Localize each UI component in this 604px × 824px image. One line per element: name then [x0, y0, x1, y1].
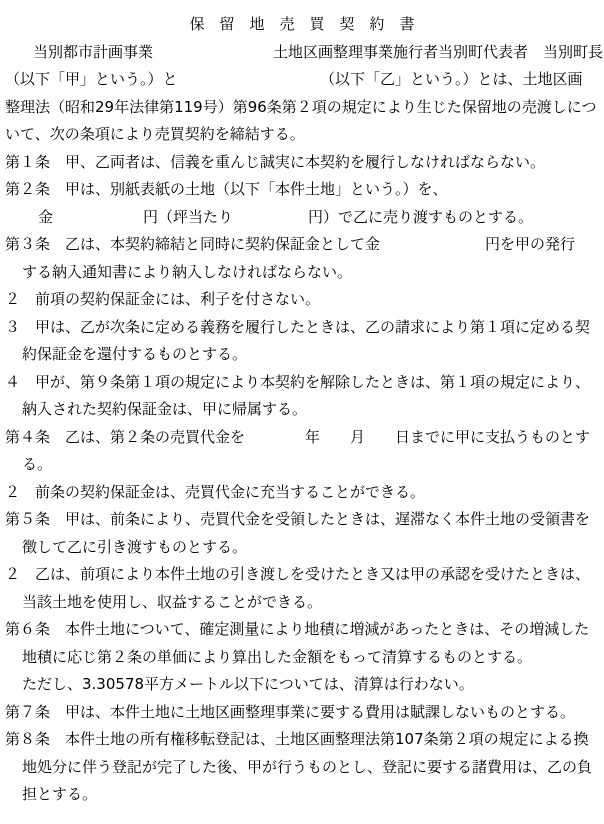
document-line: 当別都市計画事業 土地区画整理事業施行者当別町代表者 当別町長	[0, 39, 604, 67]
document-line: 第８条 本件土地の所有権移転登記は、土地区画整理法第107条第２項の規定による換	[0, 726, 604, 754]
document-line: る。	[0, 451, 604, 479]
document-line: ２ 乙は、前項により本件土地の引き渡しを受けたとき又は甲の承認を受けたときは、	[0, 561, 604, 589]
contract-document-page: 保留地売買契約書 当別都市計画事業 土地区画整理事業施行者当別町代表者 当別町長…	[0, 0, 604, 824]
document-line: いて、次の条項により売買契約を締結する。	[0, 121, 604, 149]
document-line: ３ 甲は、乙が次条に定める義務を履行したときは、乙の請求により第１項に定める契	[0, 314, 604, 342]
document-line: ただし、3.30578平方メートル以下については、清算は行わない。	[0, 671, 604, 699]
document-line: 第２条 甲は、別紙表紙の土地（以下「本件土地」という。）を、	[0, 176, 604, 204]
document-line: 第４条 乙は、第２条の売買代金を 年 月 日までに甲に支払うものとす	[0, 424, 604, 452]
document-line: 地処分に伴う登記が完了した後、甲が行うものとし、登記に要する諸費用は、乙の負	[0, 754, 604, 782]
document-line: （以下「甲」という。）と （以下「乙」という。）とは、土地区画	[0, 66, 604, 94]
document-line: 第６条 本件土地について、確定測量により地積に増減があったときは、その増減した	[0, 616, 604, 644]
document-line: 担とする。	[0, 781, 604, 809]
document-line: 金 円（坪当たり 円）で乙に売り渡すものとする。	[0, 204, 604, 232]
document-line: 第５条 甲は、前条により、売買代金を受領したときは、遅滞なく本件土地の受領書を	[0, 506, 604, 534]
document-line: ４ 甲が、第９条第１項の規定により本契約を解除したときは、第１項の規定により、	[0, 369, 604, 397]
document-line: 第７条 甲は、本件土地に土地区画整理事業に要する費用は賦課しないものとする。	[0, 699, 604, 727]
document-line: 第１条 甲、乙両者は、信義を重んじ誠実に本契約を履行しなければならない。	[0, 149, 604, 177]
document-line: 納入された契約保証金は、甲に帰属する。	[0, 396, 604, 424]
document-line: 約保証金を還付するものとする。	[0, 341, 604, 369]
document-line: ２ 前項の契約保証金には、利子を付さない。	[0, 286, 604, 314]
document-title: 保留地売買契約書	[0, 11, 604, 39]
document-line: 徴して乙に引き渡すものとする。	[0, 534, 604, 562]
document-line: 第３条 乙は、本契約締結と同時に契約保証金として金 円を甲の発行	[0, 231, 604, 259]
document-line: 当該土地を使用し、収益することができる。	[0, 589, 604, 617]
document-line: する納入通知書により納入しなければならない。	[0, 259, 604, 287]
document-line: 整理法（昭和29年法律第119号）第96条第２項の規定により生じた保留地の売渡し…	[0, 94, 604, 122]
document-line: ２ 前条の契約保証金は、売買代金に充当することができる。	[0, 479, 604, 507]
document-line: 地積に応じ第２条の単価により算出した金額をもって清算するものとする。	[0, 644, 604, 672]
